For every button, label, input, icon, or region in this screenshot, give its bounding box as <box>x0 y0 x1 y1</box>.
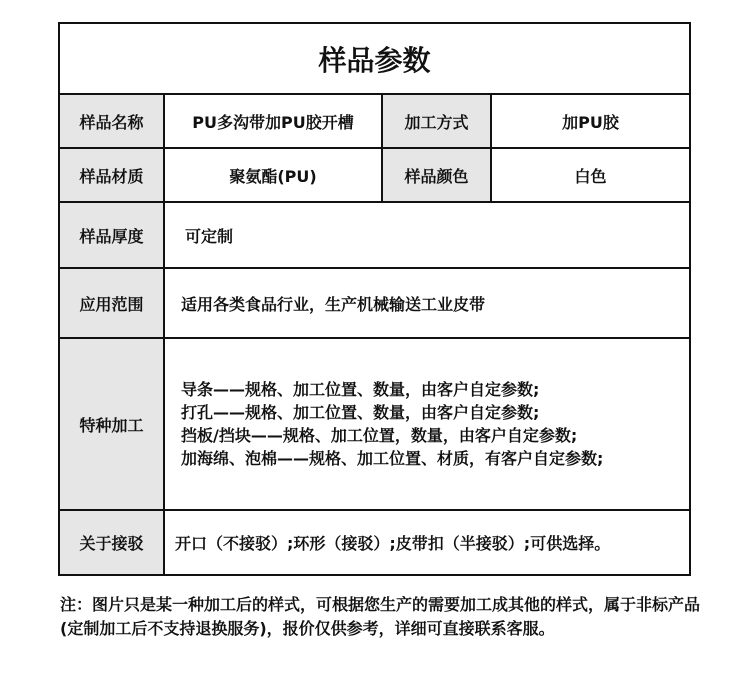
value-sample-thickness: 可定制 <box>165 203 689 267</box>
label-processing-method: 加工方式 <box>383 95 492 147</box>
value-joint: 开口（不接驳）;环形（接驳）;皮带扣（半接驳）;可供选择。 <box>165 511 689 574</box>
value-sample-name: PU多沟带加PU胶开槽 <box>165 95 383 147</box>
value-processing-method: 加PU胶 <box>492 95 689 147</box>
special-line: 打孔——规格、加工位置、数量，由客户自定参数; <box>181 401 539 424</box>
label-special-processing: 特种加工 <box>60 339 165 509</box>
footnote: 注：图片只是某一种加工后的样式，可根据您生产的需要加工成其他的样式，属于非标产品… <box>60 593 700 641</box>
value-application-scope: 适用各类食品行业，生产机械输送工业皮带 <box>165 269 689 337</box>
table-row-material: 样品材质 聚氨酯(PU) 样品颜色 白色 <box>60 147 689 201</box>
label-sample-color: 样品颜色 <box>383 149 492 201</box>
value-sample-material: 聚氨酯(PU) <box>165 149 383 201</box>
label-sample-material: 样品材质 <box>60 149 165 201</box>
special-line: 导条——规格、加工位置、数量，由客户自定参数; <box>181 378 539 401</box>
special-line: 加海绵、泡棉——规格、加工位置、材质，有客户自定参数; <box>181 447 603 470</box>
label-sample-name: 样品名称 <box>60 95 165 147</box>
label-sample-thickness: 样品厚度 <box>60 203 165 267</box>
table-row-name: 样品名称 PU多沟带加PU胶开槽 加工方式 加PU胶 <box>60 93 689 147</box>
table-row-thickness: 样品厚度 可定制 <box>60 201 689 267</box>
label-joint: 关于接驳 <box>60 511 165 574</box>
table-row-special-processing: 特种加工 导条——规格、加工位置、数量，由客户自定参数; 打孔——规格、加工位置… <box>60 337 689 509</box>
table-title: 样品参数 <box>60 24 689 93</box>
label-application-scope: 应用范围 <box>60 269 165 337</box>
table-row-joint: 关于接驳 开口（不接驳）;环形（接驳）;皮带扣（半接驳）;可供选择。 <box>60 509 689 574</box>
table-row-application: 应用范围 适用各类食品行业，生产机械输送工业皮带 <box>60 267 689 337</box>
value-sample-color: 白色 <box>492 149 689 201</box>
special-line: 挡板/挡块——规格、加工位置，数量，由客户自定参数; <box>181 424 577 447</box>
value-special-processing: 导条——规格、加工位置、数量，由客户自定参数; 打孔——规格、加工位置、数量，由… <box>165 339 689 509</box>
sample-parameters-table: 样品参数 样品名称 PU多沟带加PU胶开槽 加工方式 加PU胶 样品材质 聚氨酯… <box>58 22 691 576</box>
